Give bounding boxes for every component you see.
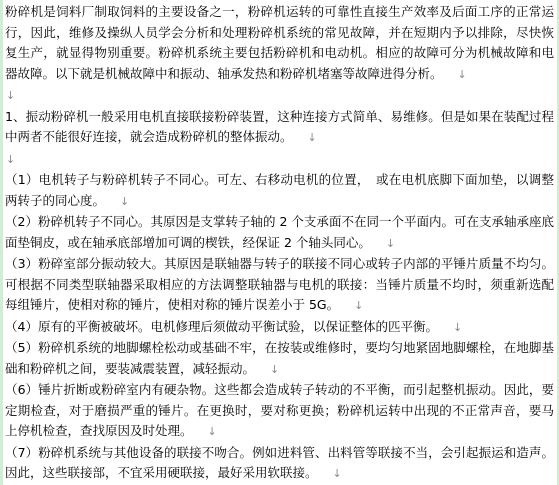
line-break-mark: ↓ [458, 68, 467, 81]
line-break-mark: ↓ [386, 237, 395, 250]
paragraph-text: 粉碎机是饲料厂制取饲料的主要设备之一，粉碎机运转的可靠性直接生产效率及后面工序的… [5, 4, 554, 81]
line-break-mark: ↓ [6, 89, 15, 102]
paragraph-text: （6）锤片折断或粉碎室内有硬杂物。这些都会造成转子转动的不平衡，而引起整机振动。… [5, 382, 554, 438]
paragraph-section-1: 1、振动粉碎机一般采用电机直接联接粉碎装置，这种连接方式简单、易维修。但是如果在… [5, 107, 554, 149]
line-break-mark: ↓ [270, 363, 279, 376]
paragraph-item-2: （2）粉碎机转子不同心。其原因是支掌转子轴的 2 个支承面不在同一个平面内。可在… [5, 212, 554, 254]
paragraph-text: （5）粉碎机系统的地脚螺栓松动或基础不牢，在按装或维修时，要均匀地紧固地脚螺栓，… [5, 340, 554, 376]
paragraph-text: （7）粉碎机系统与其他设备的联接不吻合。例如进料管、出料管等联接不当，会引起振运… [5, 445, 554, 481]
paragraph-item-3: （3）粉碎室部分振动较大。其原因是联轴器与转子的联接不同心或转子内部的平锤片质量… [5, 254, 554, 317]
paragraph-text: （1）电机转子与粉碎机转子不同心。可左、右移动电机的位置， 或在电机底脚下面加垫… [5, 172, 554, 208]
line-break-mark: ↓ [208, 425, 217, 438]
paragraph-item-6: （6）锤片折断或粉碎室内有硬杂物。这些都会造成转子转动的不平衡，而引起整机振动。… [5, 380, 554, 443]
paragraph-item-4: （4）原有的平衡被破坏。电机修理后须做动平衡试验，以保证整体的匹平衡。↓ [5, 317, 554, 339]
paragraph-text: （3）粉碎室部分振动较大。其原因是联轴器与转子的联接不同心或转子内部的平锤片质量… [5, 256, 554, 312]
paragraph-item-5: （5）粉碎机系统的地脚螺栓松动或基础不牢，在按装或维修时，要均匀地紧固地脚螺栓，… [5, 338, 554, 380]
paragraph-item-7: （7）粉碎机系统与其他设备的联接不吻合。例如进料管、出料管等联接不当，会引起振运… [5, 443, 554, 485]
paragraph-intro: 粉碎机是饲料厂制取饲料的主要设备之一，粉碎机运转的可靠性直接生产效率及后面工序的… [5, 2, 554, 85]
line-break-mark: ↓ [333, 467, 342, 480]
line-break-mark: ↓ [120, 195, 129, 208]
paragraph-text: （2）粉碎机转子不同心。其原因是支掌转子轴的 2 个支承面不在同一个平面内。可在… [5, 214, 554, 250]
paragraph-empty: ↓ [5, 85, 554, 107]
paragraph-item-1: （1）电机转子与粉碎机转子不同心。可左、右移动电机的位置， 或在电机底脚下面加垫… [5, 170, 554, 212]
document-content: 粉碎机是饲料厂制取饲料的主要设备之一，粉碎机运转的可靠性直接生产效率及后面工序的… [3, 0, 557, 485]
line-break-mark: ↓ [308, 131, 317, 144]
paragraph-empty: ↓ [5, 149, 554, 171]
paragraph-text: 1、振动粉碎机一般采用电机直接联接粉碎装置，这种连接方式简单、易维修。但是如果在… [5, 109, 554, 145]
line-break-mark: ↓ [6, 153, 15, 166]
line-break-mark: ↓ [354, 299, 363, 312]
paragraph-text: （4）原有的平衡被破坏。电机修理后须做动平衡试验，以保证整体的匹平衡。 [5, 319, 438, 334]
line-break-mark: ↓ [453, 321, 462, 334]
